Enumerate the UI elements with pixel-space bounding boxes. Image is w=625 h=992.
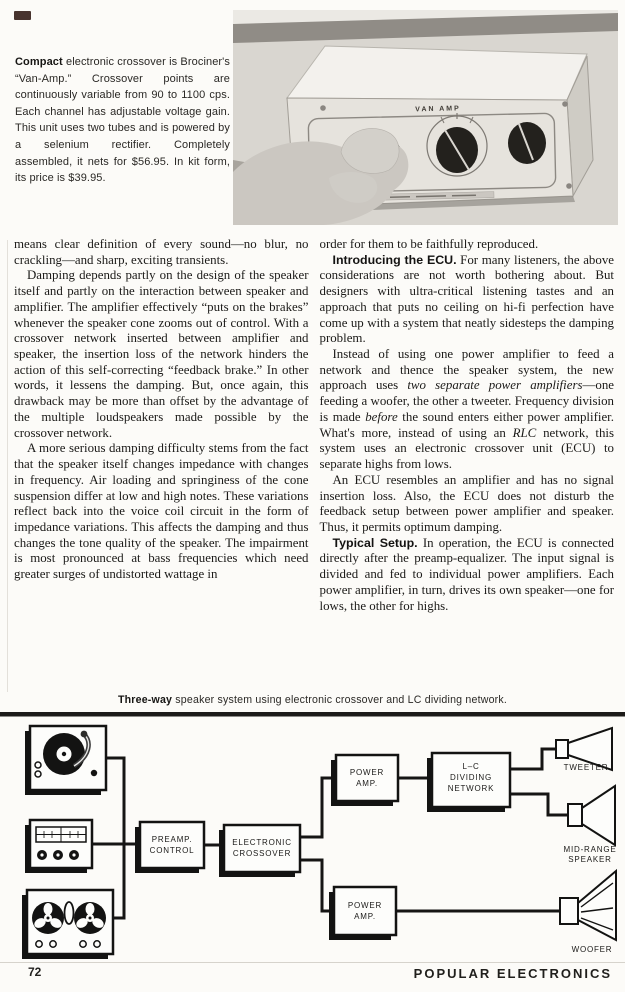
- screw-icon: [562, 101, 568, 107]
- italic-text: two separate power amplifiers: [407, 378, 582, 392]
- block-label: POWER: [350, 768, 384, 777]
- product-photo: VAN AMP: [233, 10, 618, 225]
- block-label: CROSSOVER: [233, 849, 291, 858]
- block-label: POWER: [348, 901, 382, 910]
- block-label: L–C: [462, 762, 479, 771]
- speaker-label: WOOFER: [572, 945, 613, 954]
- paragraph: Introducing the ECU. For many listeners,…: [320, 253, 615, 347]
- paragraph: Typical Setup. In operation, the ECU is …: [320, 536, 615, 615]
- tape-reel-icon: [32, 902, 64, 934]
- left-column: means clear definition of every sound—no…: [14, 237, 309, 614]
- speaker-label: TWEETER: [564, 763, 609, 772]
- scan-artifact-line: [7, 240, 8, 692]
- italic-text: RLC: [513, 426, 537, 440]
- photo-caption-text: electronic crossover is Brociner's “Van-…: [15, 56, 230, 184]
- paragraph: order for them to be faithfully reproduc…: [320, 237, 615, 253]
- italic-text: before: [365, 410, 397, 424]
- paragraph: An ECU resembles an amplifier and has no…: [320, 473, 615, 536]
- paragraph: Instead of using one power amplifier to …: [320, 347, 615, 473]
- block-label: AMP.: [356, 779, 378, 788]
- speaker-label: SPEAKER: [568, 855, 611, 864]
- page-number: 72: [28, 965, 41, 979]
- photo-caption-lead: Compact: [15, 56, 63, 68]
- block-label: PREAMP.: [152, 835, 193, 844]
- publication-title: POPULAR ELECTRONICS: [414, 966, 612, 981]
- woofer-icon: [560, 871, 616, 940]
- right-column: order for them to be faithfully reproduc…: [320, 237, 615, 614]
- power-amp-top-block: POWER AMP.: [331, 755, 398, 806]
- figure-caption: Three-way speaker system using electroni…: [0, 694, 625, 706]
- screw-icon: [566, 183, 572, 189]
- power-amp-bottom-block: POWER AMP.: [329, 887, 396, 940]
- lc-dividing-network-block: L–C DIVIDING NETWORK: [427, 753, 510, 812]
- product-photo-art: VAN AMP: [233, 10, 618, 225]
- tuner-icon: [25, 820, 92, 873]
- block-label: NETWORK: [448, 784, 495, 793]
- turntable-icon: [25, 726, 106, 795]
- figure-caption-text: speaker system using electronic crossove…: [172, 694, 507, 706]
- tape-recorder-icon: [22, 890, 113, 959]
- paragraph: means clear definition of every sound—no…: [14, 237, 309, 268]
- block-label: DIVIDING: [450, 773, 492, 782]
- section-lead: Introducing the ECU.: [333, 253, 457, 267]
- block-label: ELECTRONIC: [232, 838, 292, 847]
- midrange-speaker-icon: [568, 786, 615, 845]
- electronic-crossover-block: ELECTRONIC CROSSOVER: [219, 825, 300, 877]
- paragraph: A more serious damping difficulty stems …: [14, 441, 309, 582]
- section-lead: Typical Setup.: [333, 536, 418, 550]
- print-artifact-mark: [14, 11, 31, 20]
- figure-caption-lead: Three-way: [118, 694, 172, 706]
- photo-caption: Compact electronic crossover is Brociner…: [15, 54, 230, 187]
- paragraph: Damping depends partly on the design of …: [14, 268, 309, 441]
- speaker-system-diagram: PREAMP. CONTROL ELECTRONIC CROSSOVER POW…: [0, 712, 625, 963]
- speaker-label: MID-RANGE: [564, 845, 617, 854]
- preamp-control-block: PREAMP. CONTROL: [135, 822, 204, 873]
- figure-top-rule: [0, 712, 625, 717]
- device-label: VAN AMP: [415, 105, 461, 113]
- tape-reel-icon: [74, 902, 106, 934]
- block-label: CONTROL: [150, 846, 195, 855]
- block-label: AMP.: [354, 912, 376, 921]
- magazine-page: Compact electronic crossover is Brociner…: [0, 0, 625, 992]
- screw-icon: [320, 105, 326, 111]
- article-body: means clear definition of every sound—no…: [14, 237, 614, 614]
